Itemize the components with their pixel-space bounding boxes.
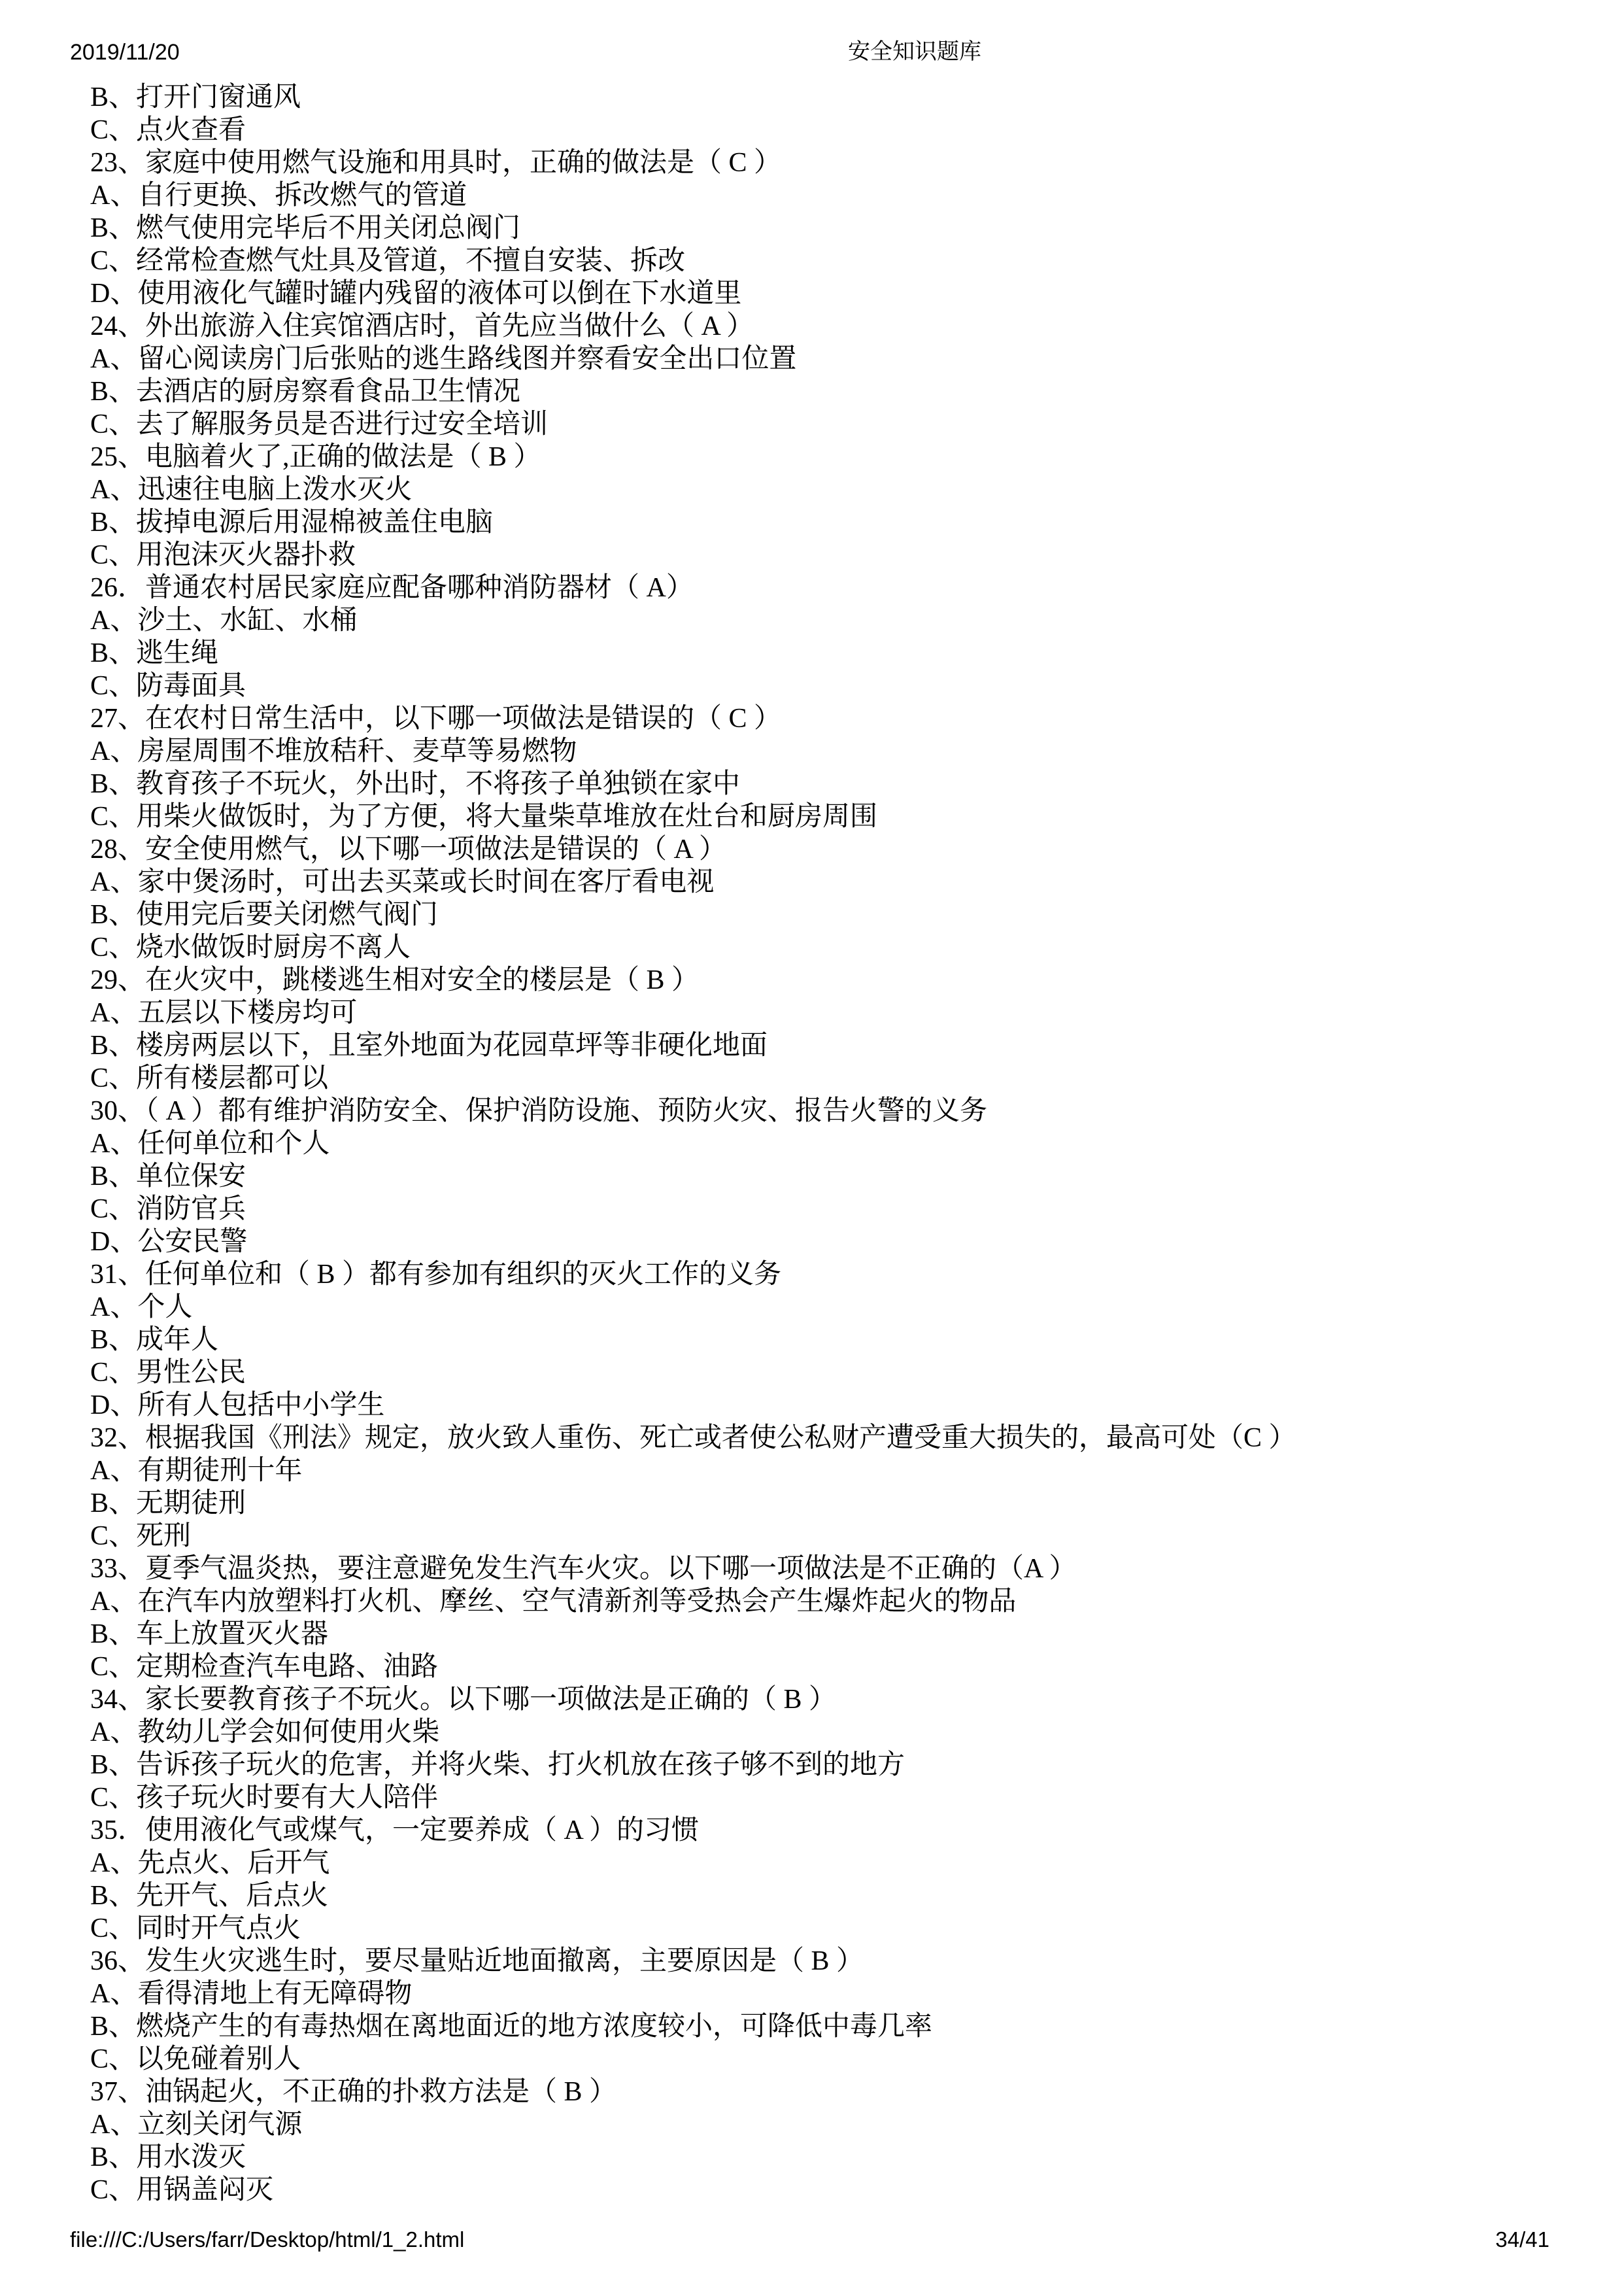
option-line: B、使用完后要关闭燃气阀门 xyxy=(90,899,1596,931)
question-line: 26．普通农村居民家庭应配备哪种消防器材（ A） xyxy=(90,572,1596,604)
print-date: 2019/11/20 xyxy=(70,39,180,65)
option-line: B、先开气、后点火 xyxy=(90,1879,1596,1912)
option-line: B、成年人 xyxy=(90,1324,1596,1356)
option-line: A、房屋周围不堆放秸秆、麦草等易燃物 xyxy=(90,735,1596,768)
option-line: B、车上放置灭火器 xyxy=(90,1618,1596,1651)
option-line: C、用锅盖闷灭 xyxy=(90,2174,1596,2206)
option-line: C、点火查看 xyxy=(90,114,1596,146)
option-line: D、公安民警 xyxy=(90,1225,1596,1258)
option-line: C、同时开气点火 xyxy=(90,1912,1596,1945)
option-line: C、用泡沫灭火器扑救 xyxy=(90,539,1596,572)
option-line: A、五层以下楼房均可 xyxy=(90,997,1596,1029)
option-line: A、自行更换、拆改燃气的管道 xyxy=(90,179,1596,212)
question-line: 27、在农村日常生活中，以下哪一项做法是错误的（ C ） xyxy=(90,702,1596,735)
question-line: 28、安全使用燃气，以下哪一项做法是错误的（ A ） xyxy=(90,833,1596,866)
question-line: 33、夏季气温炎热，要注意避免发生汽车火灾。以下哪一项做法是不正确的（A ） xyxy=(90,1552,1596,1585)
question-line: 30、（ A ）都有维护消防安全、保护消防设施、预防火灾、报告火警的义务 xyxy=(90,1095,1596,1127)
option-line: C、烧水做饭时厨房不离人 xyxy=(90,931,1596,964)
question-line: 23、家庭中使用燃气设施和用具时，正确的做法是（ C ） xyxy=(90,146,1596,179)
option-line: A、沙土、水缸、水桶 xyxy=(90,604,1596,637)
question-line: 29、在火灾中，跳楼逃生相对安全的楼层是（ B ） xyxy=(90,964,1596,997)
option-line: C、定期检查汽车电路、油路 xyxy=(90,1651,1596,1683)
option-line: C、孩子玩火时要有大人陪伴 xyxy=(90,1781,1596,1814)
option-line: C、去了解服务员是否进行过安全培训 xyxy=(90,408,1596,441)
question-line: 37、油锅起火，不正确的扑救方法是（ B ） xyxy=(90,2076,1596,2108)
question-line: 36、发生火灾逃生时，要尽量贴近地面撤离，主要原因是（ B ） xyxy=(90,1945,1596,1978)
option-line: B、用水泼灭 xyxy=(90,2141,1596,2174)
question-line: 31、任何单位和（ B ）都有参加有组织的灭火工作的义务 xyxy=(90,1258,1596,1291)
option-line: A、任何单位和个人 xyxy=(90,1127,1596,1160)
print-footer: file:///C:/Users/farr/Desktop/html/1_2.h… xyxy=(0,2227,1622,2253)
document-title: 安全知识题库 xyxy=(848,39,981,65)
option-line: B、楼房两层以下，且室外地面为花园草坪等非硬化地面 xyxy=(90,1029,1596,1062)
option-line: C、防毒面具 xyxy=(90,670,1596,702)
option-line: B、拔掉电源后用湿棉被盖住电脑 xyxy=(90,506,1596,539)
question-list: B、打开门窗通风C、点火查看23、家庭中使用燃气设施和用具时，正确的做法是（ C… xyxy=(90,81,1596,2206)
option-line: C、死刑 xyxy=(90,1520,1596,1552)
option-line: A、立刻关闭气源 xyxy=(90,2108,1596,2141)
option-line: C、以免碰着别人 xyxy=(90,2043,1596,2076)
option-line: D、所有人包括中小学生 xyxy=(90,1389,1596,1422)
question-line: 25、电脑着火了,正确的做法是（ B ） xyxy=(90,441,1596,473)
option-line: A、在汽车内放塑料打火机、摩丝、空气清新剂等受热会产生爆炸起火的物品 xyxy=(90,1585,1596,1618)
question-line: 35．使用液化气或煤气，一定要养成（ A ）的习惯 xyxy=(90,1814,1596,1847)
option-line: C、所有楼层都可以 xyxy=(90,1062,1596,1095)
option-line: B、燃烧产生的有毒热烟在离地面近的地方浓度较小，可降低中毒几率 xyxy=(90,2010,1596,2043)
option-line: C、用柴火做饭时，为了方便，将大量柴草堆放在灶台和厨房周围 xyxy=(90,800,1596,833)
option-line: A、家中煲汤时，可出去买菜或长时间在客厅看电视 xyxy=(90,866,1596,899)
option-line: B、无期徒刑 xyxy=(90,1487,1596,1520)
option-line: A、有期徒刑十年 xyxy=(90,1454,1596,1487)
option-line: A、看得清地上有无障碍物 xyxy=(90,1978,1596,2010)
option-line: B、燃气使用完毕后不用关闭总阀门 xyxy=(90,212,1596,245)
option-line: C、男性公民 xyxy=(90,1356,1596,1389)
option-line: A、个人 xyxy=(90,1291,1596,1324)
option-line: D、使用液化气罐时罐内残留的液体可以倒在下水道里 xyxy=(90,277,1596,310)
option-line: B、教育孩子不玩火，外出时，不将孩子单独锁在家中 xyxy=(90,768,1596,800)
option-line: A、留心阅读房门后张贴的逃生路线图并察看安全出口位置 xyxy=(90,343,1596,375)
printed-page: 2019/11/20 安全知识题库 B、打开门窗通风C、点火查看23、家庭中使用… xyxy=(0,0,1622,2296)
question-line: 34、家长要教育孩子不玩火。以下哪一项做法是正确的（ B ） xyxy=(90,1683,1596,1716)
page-indicator: 34/41 xyxy=(1495,2227,1549,2252)
option-line: B、逃生绳 xyxy=(90,637,1596,670)
option-line: B、单位保安 xyxy=(90,1160,1596,1193)
option-line: B、去酒店的厨房察看食品卫生情况 xyxy=(90,375,1596,408)
file-url: file:///C:/Users/farr/Desktop/html/1_2.h… xyxy=(70,2227,464,2252)
option-line: B、打开门窗通风 xyxy=(90,81,1596,114)
print-header: 2019/11/20 安全知识题库 xyxy=(0,39,1622,68)
option-line: C、消防官兵 xyxy=(90,1193,1596,1225)
option-line: A、先点火、后开气 xyxy=(90,1847,1596,1879)
option-line: B、告诉孩子玩火的危害，并将火柴、打火机放在孩子够不到的地方 xyxy=(90,1749,1596,1781)
option-line: A、教幼儿学会如何使用火柴 xyxy=(90,1716,1596,1749)
option-line: A、迅速往电脑上泼水灭火 xyxy=(90,473,1596,506)
question-line: 24、外出旅游入住宾馆酒店时，首先应当做什么（ A ） xyxy=(90,310,1596,343)
question-line: 32、根据我国《刑法》规定，放火致人重伤、死亡或者使公私财产遭受重大损失的，最高… xyxy=(90,1422,1596,1454)
option-line: C、经常检查燃气灶具及管道，不擅自安装、拆改 xyxy=(90,245,1596,277)
